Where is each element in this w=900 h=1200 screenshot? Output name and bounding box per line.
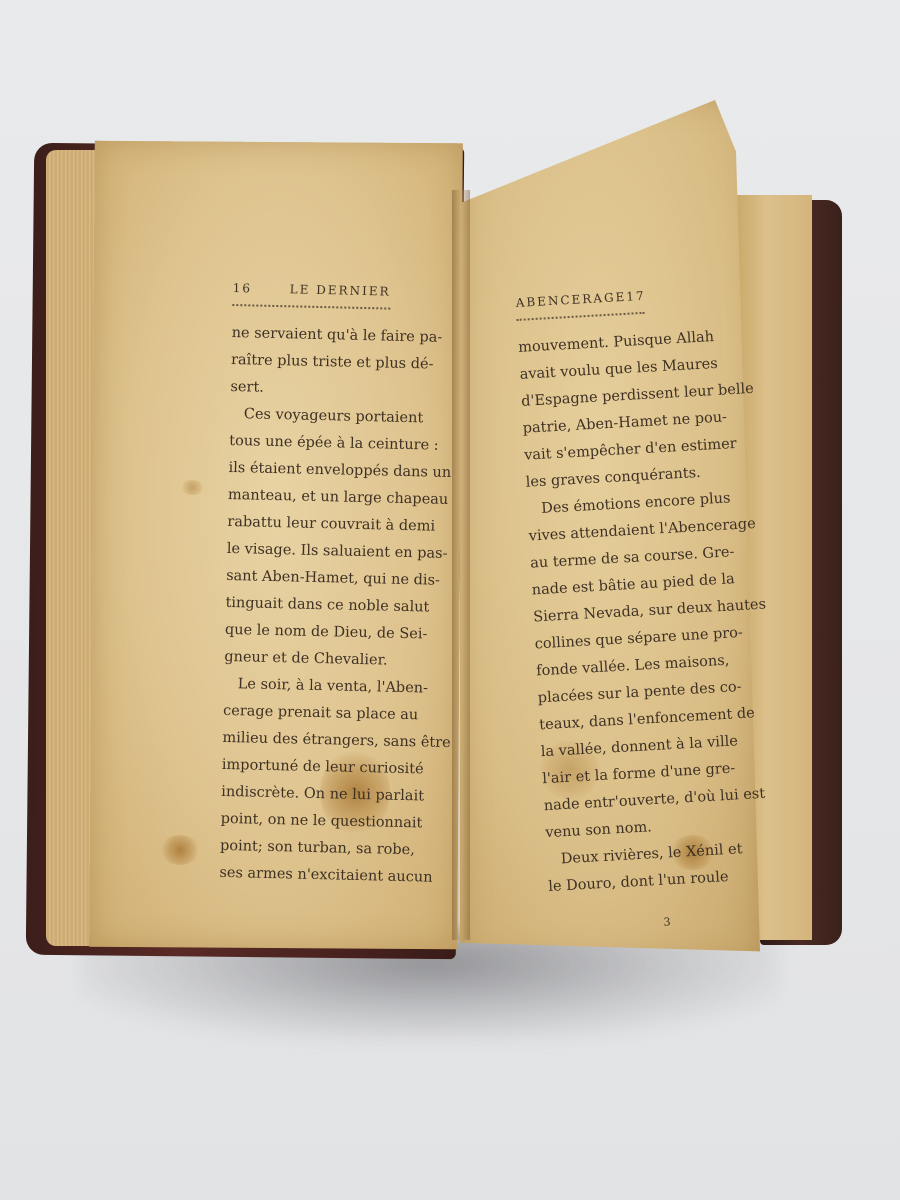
text-line: rabattu leur couvrait à demi [227, 509, 386, 540]
text-line: ils étaient enveloppés dans un [228, 455, 387, 486]
running-head: LE DERNIER [289, 276, 391, 305]
text-line: Ces voyageurs portaient [230, 401, 389, 432]
page-number: 17 [626, 283, 647, 311]
text-line: gneur et de Chevalier. [224, 644, 383, 675]
book-gutter [452, 190, 470, 940]
text-line: cerage prenait sa place au [223, 698, 382, 729]
text-line: milieu des étrangers, sans être [222, 725, 381, 756]
text-line: tinguait dans ce noble salut [225, 590, 384, 621]
text-line: Le soir, à la venta, l'Aben- [223, 671, 382, 702]
text-line: ses armes n'excitaient aucun [219, 860, 378, 891]
left-running-header: 16 LE DERNIER [232, 275, 391, 306]
text-line: sert. [230, 374, 389, 405]
text-line: indiscrète. On ne lui parlait [221, 779, 380, 810]
right-running-header: ABENCERAGE 17 [515, 283, 644, 317]
text-line: importuné de leur curiosité [222, 752, 381, 783]
text-line: tous une épée à la ceinture : [229, 428, 388, 459]
page-number: 16 [232, 275, 252, 302]
text-line: le Douro, dont l'un roule [548, 867, 677, 901]
text-line: manteau, et un large chapeau [228, 482, 387, 513]
foxing-stain [180, 480, 205, 495]
text-line: raître plus triste et plus dé- [231, 347, 390, 378]
foxing-stain [160, 835, 200, 865]
text-line: ne servaient qu'à le faire pa- [231, 320, 390, 351]
text-line: point; son turban, sa robe, [220, 833, 379, 864]
text-line: que le nom de Dieu, de Sei- [225, 617, 384, 648]
text-line: point, on ne le questionnait [220, 806, 379, 837]
running-head: ABENCERAGE [515, 284, 627, 317]
left-page-text: 16 LE DERNIER ne servaient qu'à le faire… [219, 275, 391, 890]
text-line: sant Aben-Hamet, qui ne dis- [226, 563, 385, 594]
text-line: le visage. Ils saluaient en pas- [226, 536, 385, 567]
